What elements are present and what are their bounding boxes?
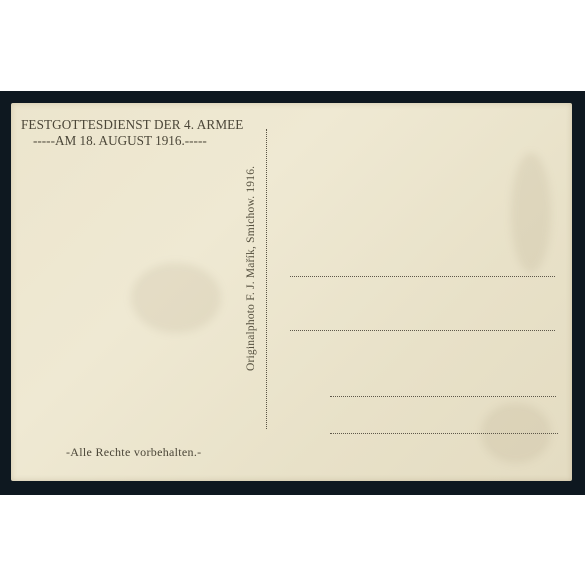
address-line-4 <box>330 433 558 434</box>
age-stain <box>131 263 221 333</box>
center-divider-line <box>266 129 267 429</box>
postcard-back: FESTGOTTESDIENST DER 4. ARMEE -----AM 18… <box>11 103 572 481</box>
photographer-credit: Originalphoto F. J. Mařík, Smichow. 1916… <box>245 166 257 371</box>
address-line-1 <box>290 276 555 277</box>
rights-reserved-note: -Alle Rechte vorbehalten.- <box>66 445 201 460</box>
postcard-title: FESTGOTTESDIENST DER 4. ARMEE <box>21 117 243 133</box>
postcard-subtitle: -----AM 18. AUGUST 1916.----- <box>33 133 207 149</box>
address-line-2 <box>290 330 555 331</box>
age-stain <box>511 153 551 273</box>
address-line-3 <box>330 396 556 397</box>
